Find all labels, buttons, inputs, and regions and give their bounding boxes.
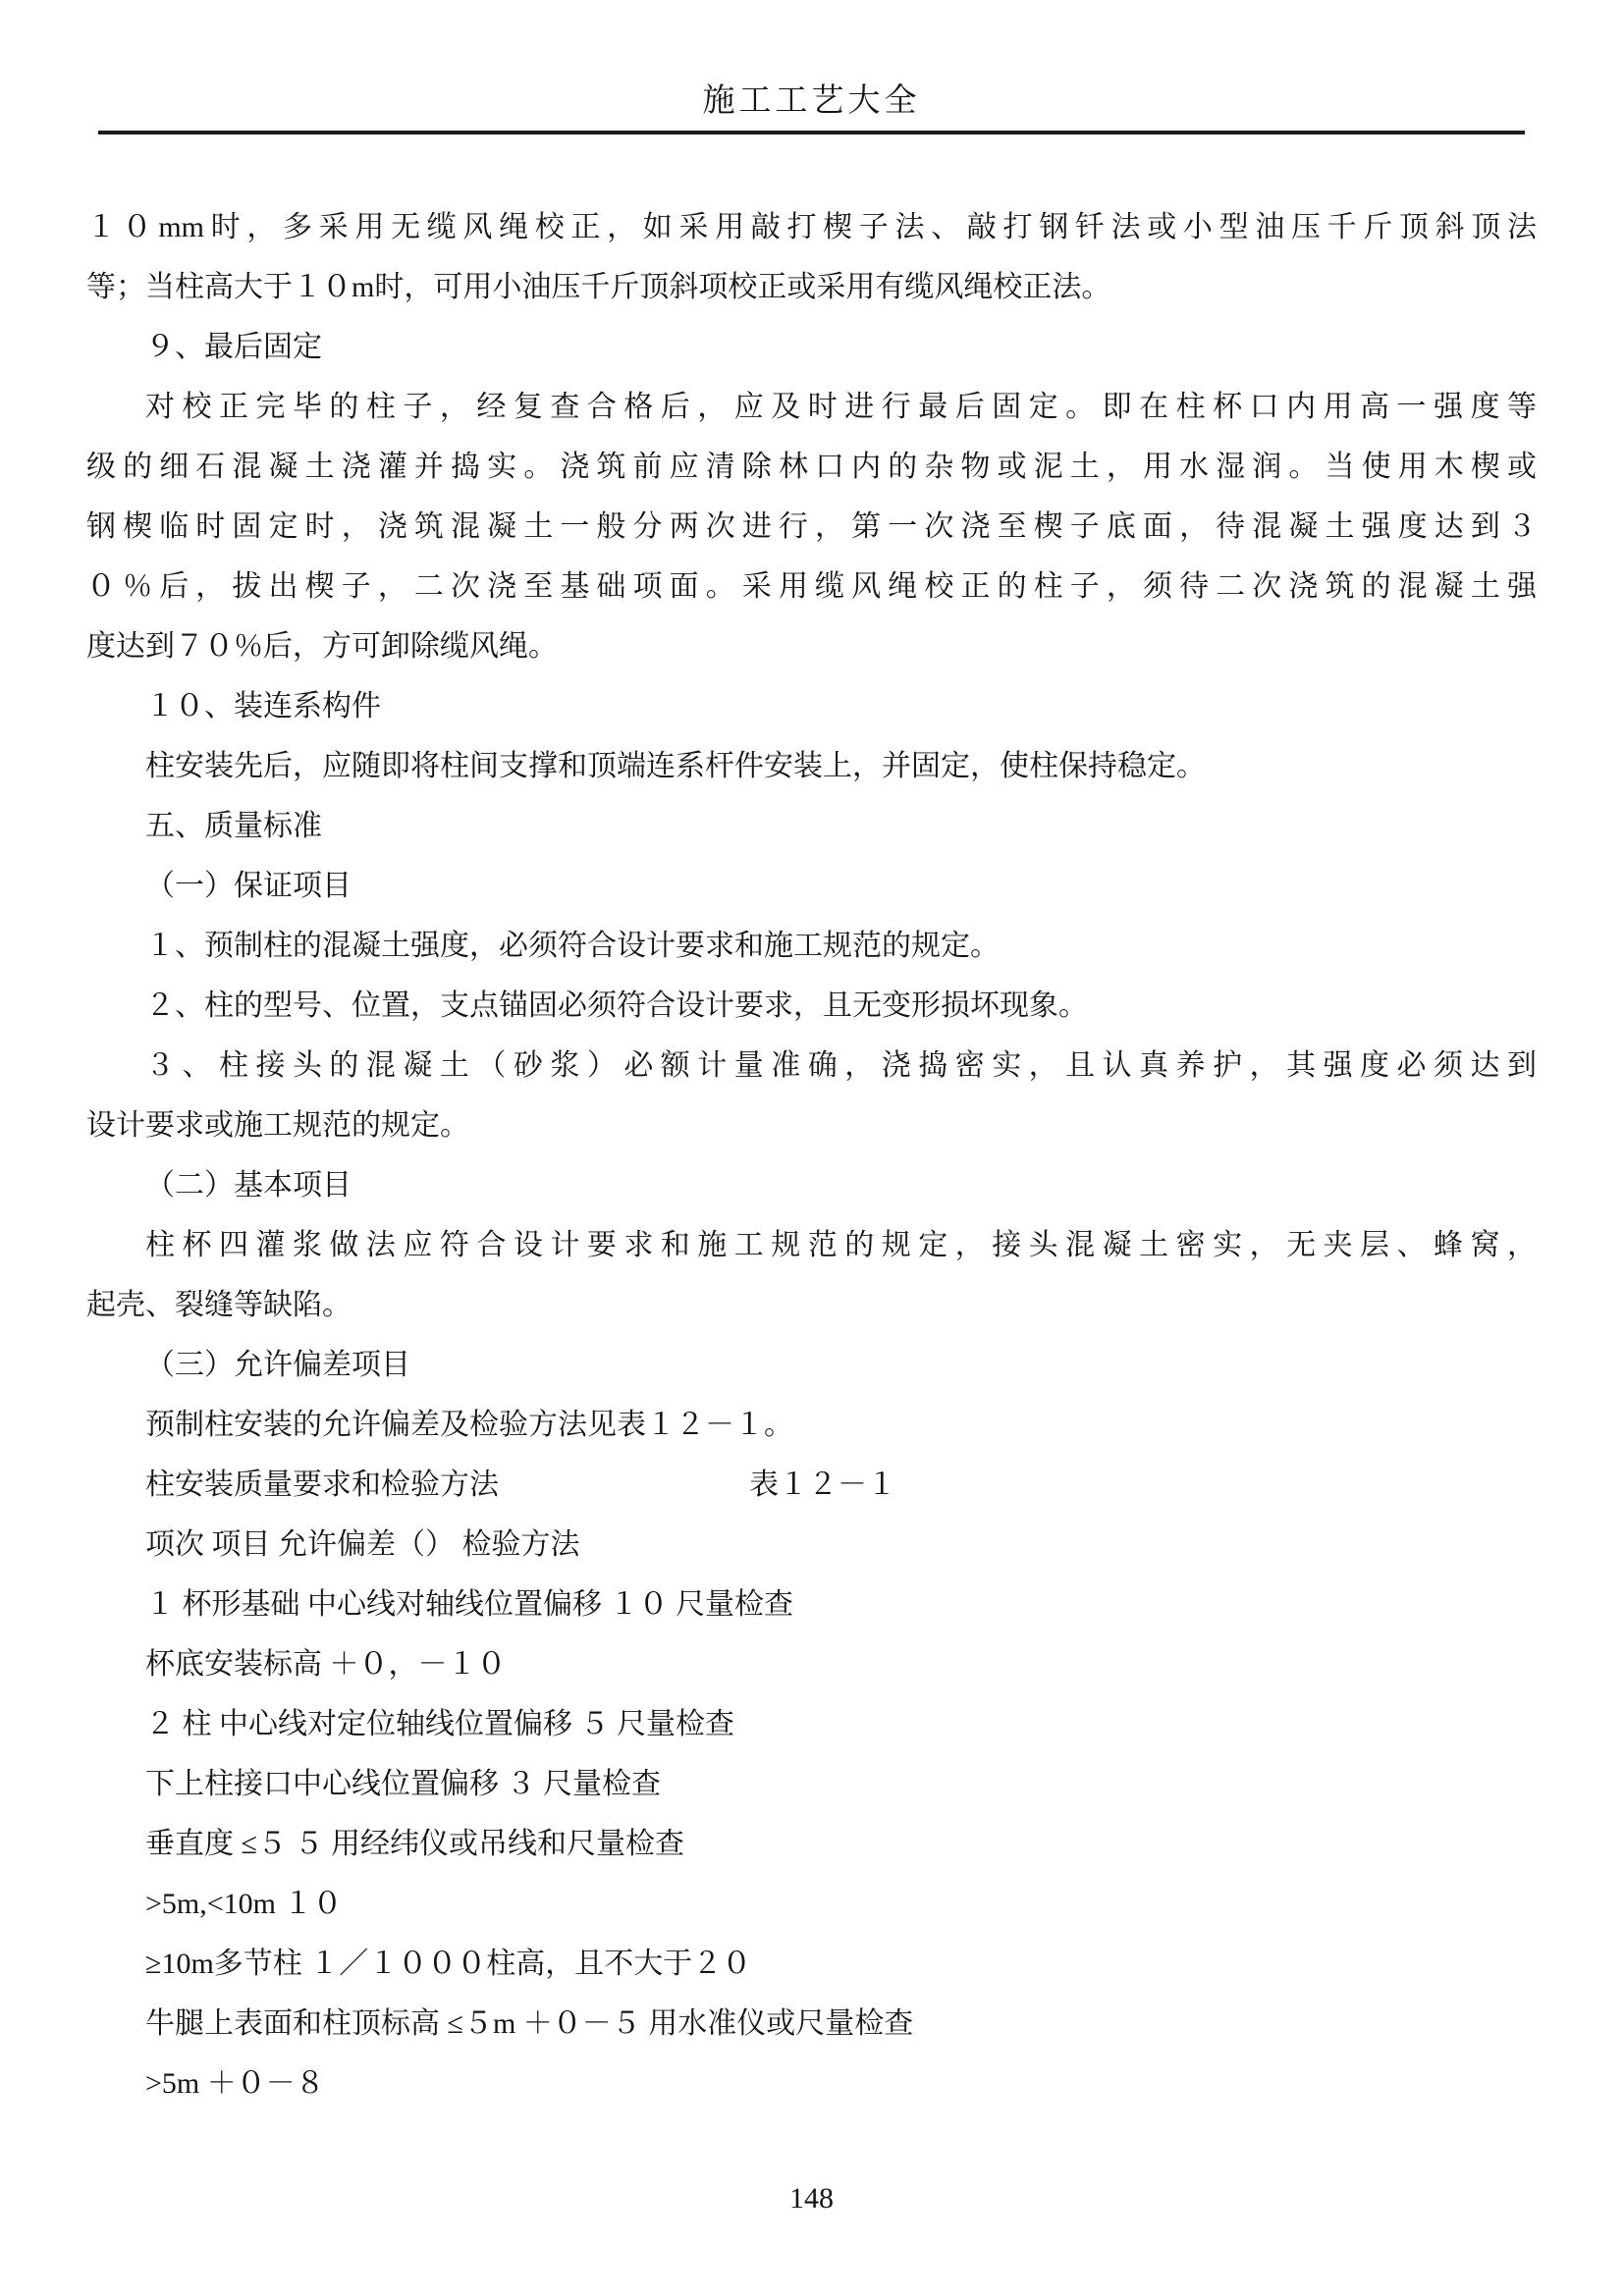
table-row-line: ２ 柱 中心线对定位轴线位置偏移 ５ 尺量检查	[86, 1694, 1537, 1754]
text-line: ２、柱的型号、位置，支点锚固必须符合设计要求，且无变形损坏现象。	[86, 976, 1537, 1036]
text-line: 对校正完毕的柱子，经复查合格后，应及时进行最后固定。即在柱杯口内用高一强度等	[86, 377, 1537, 437]
text-line: 柱安装先后，应随即将柱间支撑和顶端连系杆件安装上，并固定，使柱保持稳定。	[86, 736, 1537, 796]
table-row-line: >5m,<10m １０	[86, 1874, 1537, 1934]
text-line: 预制柱安装的允许偏差及检验方法见表１２－１。	[86, 1395, 1537, 1455]
text-line: ３、柱接头的混凝土（砂浆）必额计量准确，浇捣密实，且认真养护，其强度必须达到	[86, 1036, 1537, 1095]
text-line: 度达到７０％后，方可卸除缆风绳。	[86, 616, 1537, 676]
section-heading: （一）保证项目	[86, 856, 1537, 916]
table-number: 表１２－１	[749, 1455, 896, 1515]
text-line: ０％后，拔出楔子，二次浇至基础项面。采用缆风绳校正的柱子，须待二次浇筑的混凝土强	[86, 557, 1537, 616]
table-header-line: 项次 项目 允许偏差（） 检验方法	[86, 1515, 1537, 1575]
table-row-line: ≥10m多节柱 １／１０００柱高，且不大于２０	[86, 1934, 1537, 1994]
text-line: 起壳、裂缝等缺陷。	[86, 1275, 1537, 1335]
table-row-line: 牛腿上表面和柱顶标高 ≤５m ＋０－５ 用水准仪或尺量检查	[86, 1994, 1537, 2054]
text-line: 钢楔临时固定时，浇筑混凝土一般分两次进行，第一次浇至楔子底面，待混凝土强度达到３	[86, 497, 1537, 557]
table-row-line: >5m ＋０－８	[86, 2054, 1537, 2113]
table-row-line: １ 杯形基础 中心线对轴线位置偏移 １０ 尺量检查	[86, 1575, 1537, 1634]
document-page: 施工工艺大全 １０mm时，多采用无缆风绳校正，如采用敲打楔子法、敲打钢钎法或小型…	[0, 0, 1623, 2296]
text-line: 柱杯四灌浆做法应符合设计要求和施工规范的规定，接头混凝土密实，无夹层、蜂窝，	[86, 1215, 1537, 1275]
page-header-title: 施工工艺大全	[0, 0, 1623, 120]
table-caption-text: 柱安装质量要求和检验方法	[145, 1468, 499, 1501]
section-heading: 五、质量标准	[86, 796, 1537, 856]
text-line: 设计要求或施工规范的规定。	[86, 1095, 1537, 1155]
text-line: １０mm时，多采用无缆风绳校正，如采用敲打楔子法、敲打钢钎法或小型油压千斤顶斜顶…	[86, 197, 1537, 257]
text-line: 等；当柱高大于１０m时，可用小油压千斤顶斜项校正或采用有缆风绳校正法。	[86, 257, 1537, 317]
document-body: １０mm时，多采用无缆风绳校正，如采用敲打楔子法、敲打钢钎法或小型油压千斤顶斜顶…	[86, 197, 1537, 2113]
table-row-line: 垂直度 ≤５ ５ 用经纬仪或吊线和尺量检查	[86, 1814, 1537, 1874]
text-line: 级的细石混凝土浇灌并捣实。浇筑前应清除林口内的杂物或泥土，用水湿润。当使用木楔或	[86, 437, 1537, 497]
table-row-line: 杯底安装标高 ＋０，－１０	[86, 1634, 1537, 1694]
text-line: １、预制柱的混凝土强度，必须符合设计要求和施工规范的规定。	[86, 916, 1537, 976]
section-heading: （二）基本项目	[86, 1155, 1537, 1215]
section-heading: （三）允许偏差项目	[86, 1335, 1537, 1395]
page-number: 148	[0, 2181, 1623, 2216]
section-heading: ９、最后固定	[86, 317, 1537, 377]
table-caption: 柱安装质量要求和检验方法表１２－１	[86, 1455, 1537, 1515]
section-heading: １０、装连系构件	[86, 676, 1537, 736]
table-row-line: 下上柱接口中心线位置偏移 ３ 尺量检查	[86, 1754, 1537, 1814]
header-divider-rule	[98, 131, 1525, 134]
